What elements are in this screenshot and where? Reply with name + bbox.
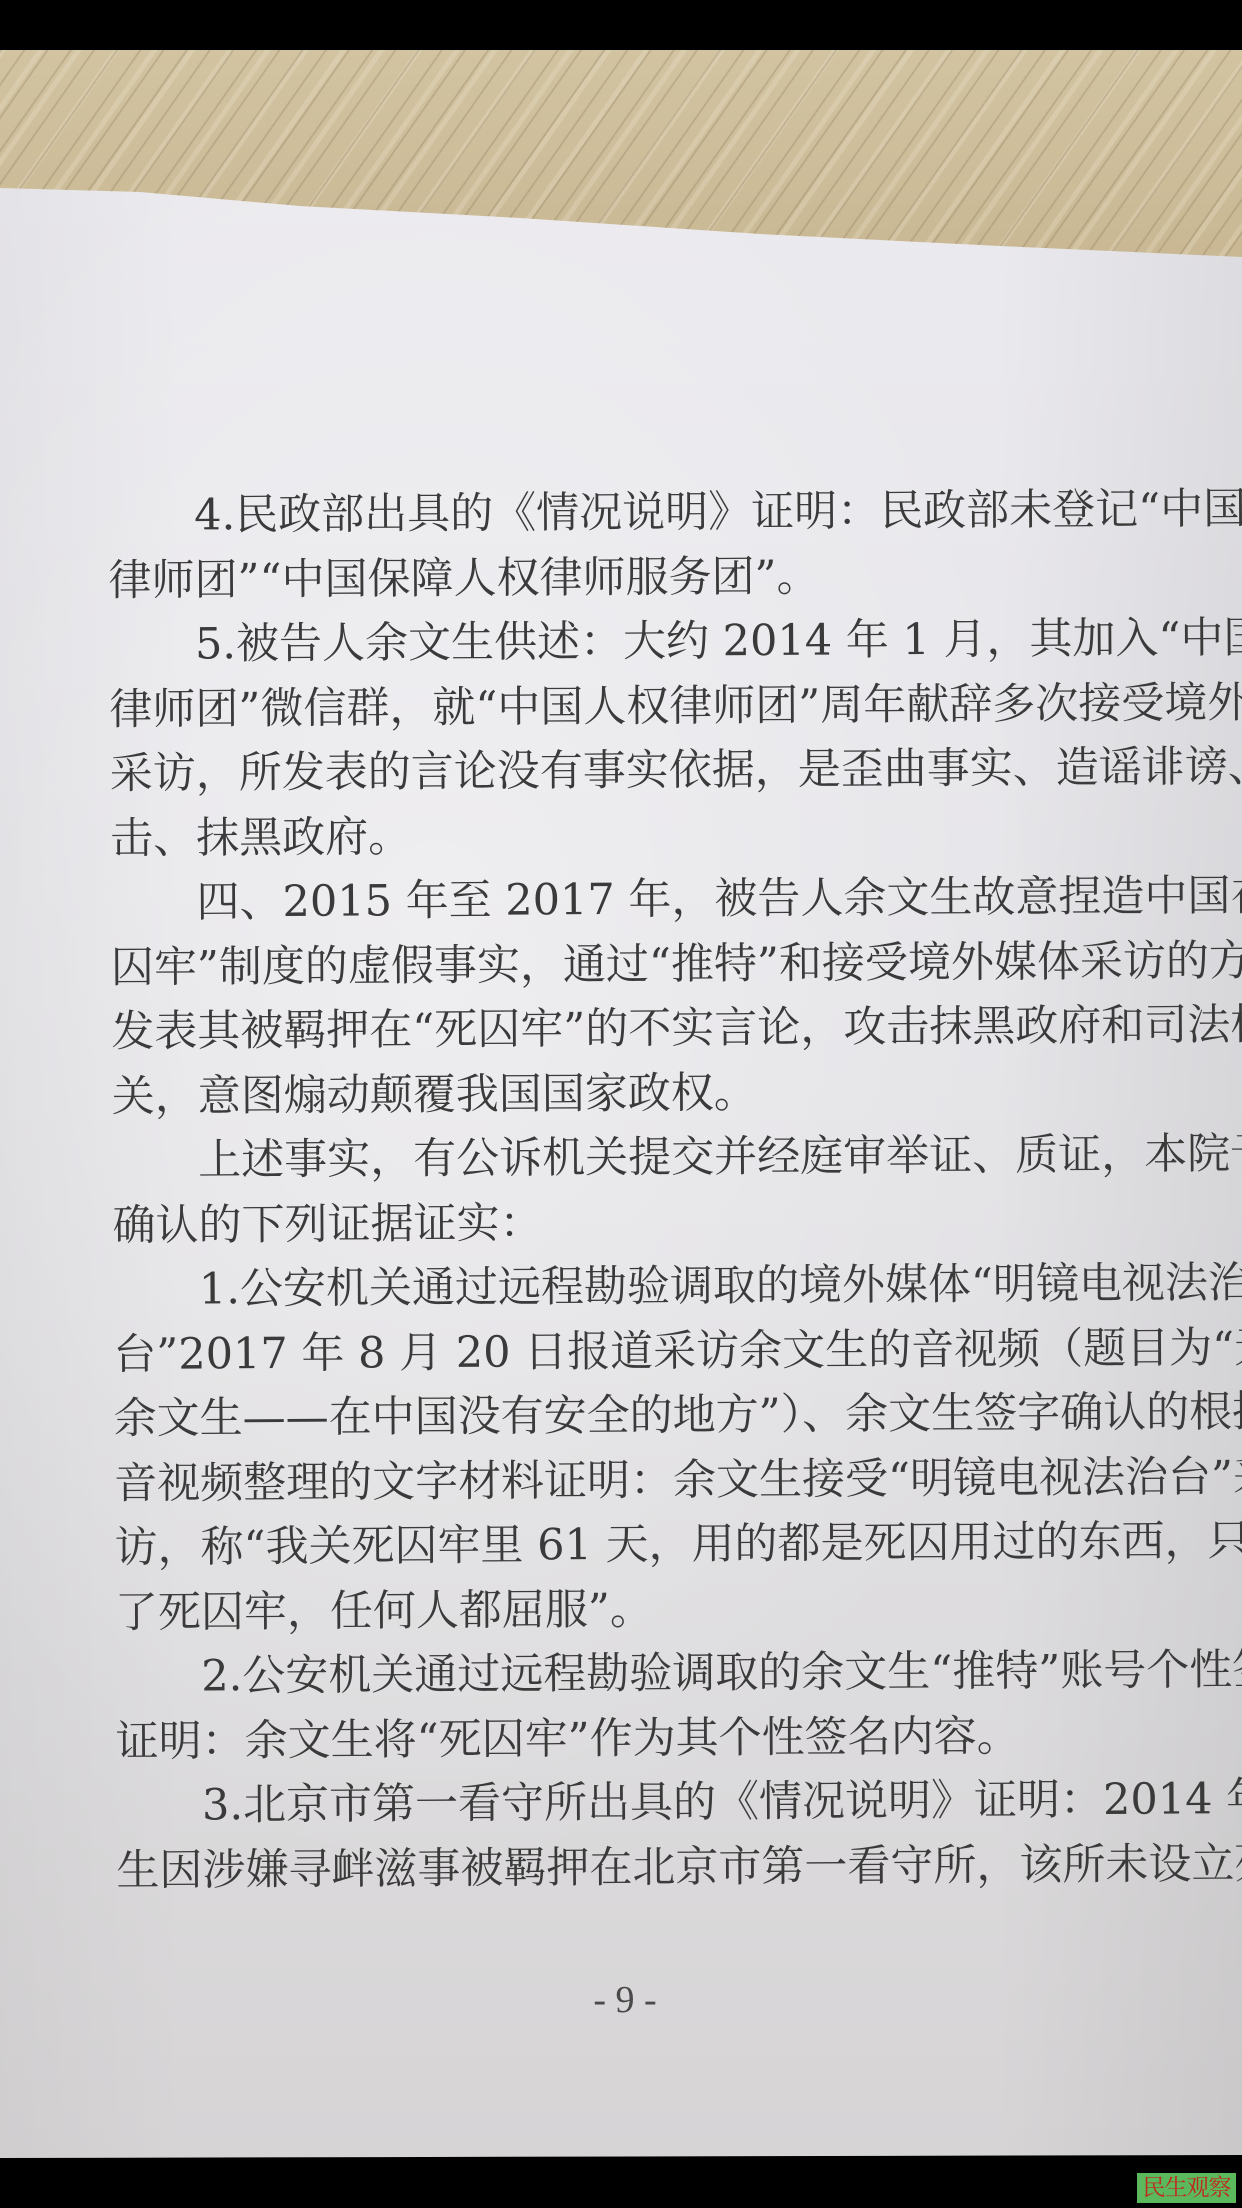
text-line: 访，称“我关死囚牢里 61 天，用的都是死囚用过的东西，只要进 — [114, 1510, 1156, 1581]
top-letterbox-bar — [0, 0, 1242, 50]
text-line: 采访，所发表的言论没有事实依据，是歪曲事实、造谣诽谤、攻 — [110, 736, 1152, 807]
text-line: 余文生——在中国没有安全的地方”）、余文生签字确认的根据该 — [114, 1381, 1156, 1452]
page-number: - 9 - — [560, 1978, 690, 2022]
photo-stage: 4.民政部出具的《情况说明》证明：民政部未登记“中国人权 律师团”“中国保障人权… — [0, 0, 1242, 2208]
text-line: 关，意图煽动颠覆我国国家政权。 — [112, 1058, 1154, 1129]
text-line: 台”2017 年 8 月 20 日报道采访余文生的音视频（题目为“无所律师 — [113, 1316, 1155, 1387]
bottom-letterbox-bar — [0, 2158, 1242, 2208]
text-line: 生因涉嫌寻衅滋事被羁押在北京市第一看守所，该所未设立死刑 — [116, 1832, 1158, 1903]
document-body: 4.民政部出具的《情况说明》证明：民政部未登记“中国人权 律师团”“中国保障人权… — [108, 478, 1159, 1903]
text-line: 上述事实，有公诉机关提交并经庭审举证、质证，本院予以 — [112, 1123, 1154, 1194]
text-line: 5.被告人余文生供述：大约 2014 年 1 月，其加入“中国人权 — [109, 607, 1151, 678]
text-line: 3.北京市第一看守所出具的《情况说明》证明：2014 年余文 — [116, 1768, 1158, 1839]
text-line: 4.民政部出具的《情况说明》证明：民政部未登记“中国人权 — [108, 478, 1150, 549]
text-line: 1.公安机关通过远程勘验调取的境外媒体“明镜电视法治 — [113, 1252, 1155, 1323]
text-line: 发表其被羁押在“死囚牢”的不实言论，攻击抹黑政府和司法机 — [111, 994, 1153, 1065]
text-line: 律师团”“中国保障人权律师服务团”。 — [108, 542, 1150, 613]
text-line: 确认的下列证据证实： — [112, 1187, 1154, 1258]
text-line: 2.公安机关通过远程勘验调取的余文生“推特”账号个性签名 — [115, 1639, 1157, 1710]
text-line: 四、2015 年至 2017 年，被告人余文生故意捏造中国存在“死 — [110, 865, 1152, 936]
text-line: 囚牢”制度的虚假事实，通过“推特”和接受境外媒体采访的方式， — [111, 929, 1153, 1000]
text-line: 证明：余文生将“死囚牢”作为其个性签名内容。 — [115, 1703, 1157, 1774]
watermark-badge: 民生观察 — [1137, 2173, 1236, 2203]
text-line: 了死囚牢，任何人都屈服”。 — [115, 1574, 1157, 1645]
text-line: 击、抹黑政府。 — [110, 800, 1152, 871]
text-line: 音视频整理的文字材料证明：余文生接受“明镜电视法治台”采 — [114, 1445, 1156, 1516]
text-line: 律师团”微信群，就“中国人权律师团”周年献辞多次接受境外媒体 — [109, 671, 1151, 742]
